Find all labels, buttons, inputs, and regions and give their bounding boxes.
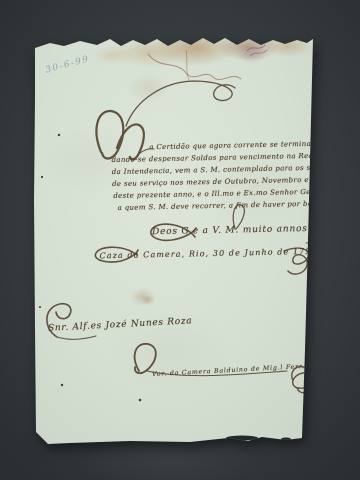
manuscript-line: de seu serviço nos mezes de Outubro, Nov… xyxy=(112,175,351,188)
paper-shadow: 30-6-99 a Certidão que agora corrente se… xyxy=(0,0,360,480)
valediction-line: Deos G.e a V. M. muito annos. xyxy=(152,224,312,237)
manuscript-body: a Certidão que agora corrente se termina… xyxy=(0,0,360,480)
manuscript-line: deste prezente anno, e o Ill.mo e Ex.mo … xyxy=(113,187,333,200)
manuscript-line: da Intendencia, vem a S. M. contemplado … xyxy=(112,163,331,176)
manuscript-line: dando-se despensar Soldos para venciment… xyxy=(111,151,337,164)
photo-background: 30-6-99 a Certidão que agora corrente se… xyxy=(0,0,360,480)
dateline: Caza da Camera, Rio, 30 de Junho de 1799… xyxy=(99,247,321,261)
document-paper: 30-6-99 a Certidão que agora corrente se… xyxy=(0,0,360,480)
manuscript-line: a Certidão que agora corrente se termina… xyxy=(149,139,335,151)
manuscript-line: a quem S. M. deve recorrer, a fim de hav… xyxy=(117,200,319,212)
